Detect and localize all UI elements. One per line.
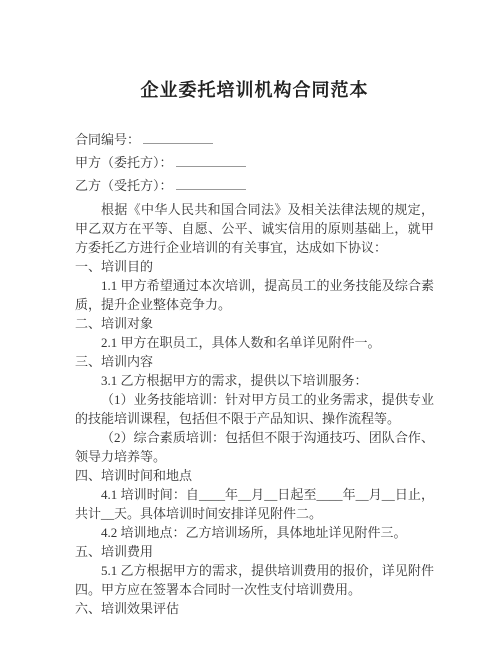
contract-body: 根据《中华人民共和国合同法》及相关法律法规的规定，甲乙双方在平等、自愿、公平、诚… [75, 200, 434, 618]
preamble-paragraph: 根据《中华人民共和国合同法》及相关法律法规的规定，甲乙双方在平等、自愿、公平、诚… [75, 200, 434, 257]
clause-4-1: 4.1 培训时间：自____年__月__日起至____年__月__日止，共计__… [75, 485, 434, 523]
clause-3-1-item-2: （2）综合素质培训：包括但不限于沟通技巧、团队合作、领导力培养等。 [75, 428, 434, 466]
section-6-heading: 六、培训效果评估 [75, 599, 434, 618]
clause-3-1: 3.1 乙方根据甲方的需求，提供以下培训服务： [75, 371, 434, 390]
party-a-field: 甲方（委托方）： [75, 151, 434, 174]
document-content: 企业委托培训机构合同范本 合同编号： 甲方（委托方）： 乙方（受托方）： 根据《… [0, 0, 500, 618]
contract-header-fields: 合同编号： 甲方（委托方）： 乙方（受托方）： [75, 128, 434, 197]
section-1-heading: 一、培训目的 [75, 257, 434, 276]
clause-5-1: 5.1 乙方根据甲方的需求，提供培训费用的报价，详见附件四。甲方应在签署本合同时… [75, 561, 434, 599]
clause-1-1: 1.1 甲方希望通过本次培训，提高员工的业务技能及综合素质，提升企业整体竞争力。 [75, 276, 434, 314]
clause-2-1: 2.1 甲方在职员工，具体人数和名单详见附件一。 [75, 333, 434, 352]
section-5-heading: 五、培训费用 [75, 542, 434, 561]
party-b-label: 乙方（受托方）： [75, 178, 173, 193]
contract-number-field: 合同编号： [75, 128, 434, 151]
party-b-blank [176, 177, 246, 190]
section-4-heading: 四、培训时间和地点 [75, 466, 434, 485]
section-2-heading: 二、培训对象 [75, 314, 434, 333]
section-3-heading: 三、培训内容 [75, 352, 434, 371]
page-title: 企业委托培训机构合同范本 [75, 76, 434, 102]
party-b-field: 乙方（受托方）： [75, 174, 434, 197]
party-a-label: 甲方（委托方）： [75, 155, 173, 170]
clause-3-1-item-1: （1）业务技能培训：针对甲方员工的业务需求，提供专业的技能培训课程，包括但不限于… [75, 390, 434, 428]
contract-document-page: 企业委托培训机构合同范本 合同编号： 甲方（委托方）： 乙方（受托方）： 根据《… [0, 0, 500, 647]
contract-number-label: 合同编号： [75, 132, 140, 147]
contract-number-blank [143, 131, 213, 144]
party-a-blank [176, 154, 246, 167]
clause-4-2: 4.2 培训地点：乙方培训场所，具体地址详见附件三。 [75, 523, 434, 542]
